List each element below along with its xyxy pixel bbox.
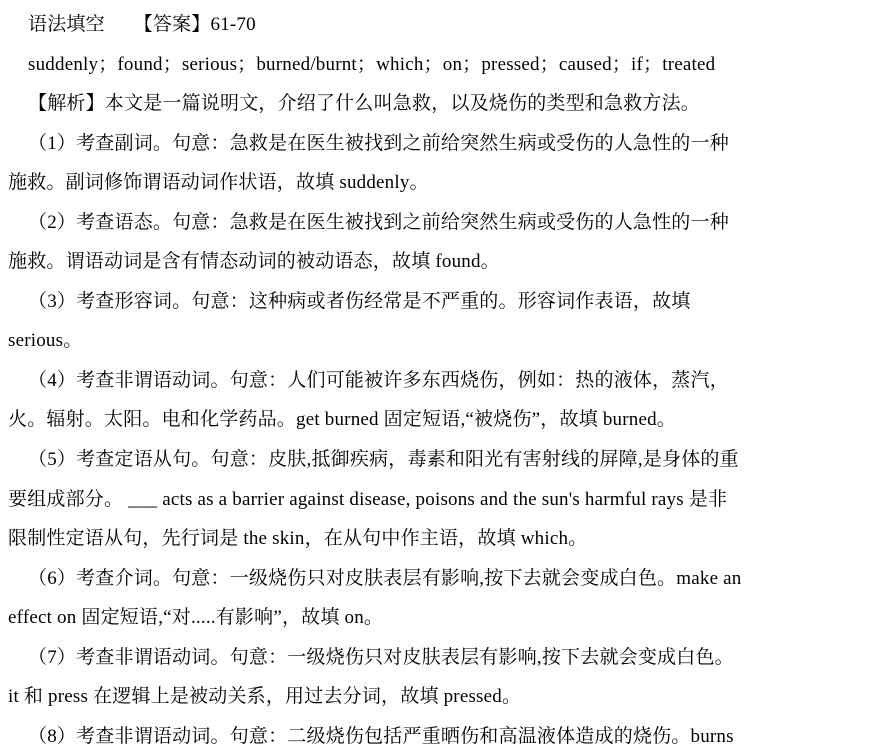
text-line: （7）考查非谓语动词。句意：一级烧伤只对皮肤表层有影响,按下去就会变成白色。: [8, 638, 863, 678]
text-line: （1）考查副词。句意：急救是在医生被找到之前给突然生病或受伤的人急性的一种: [8, 124, 863, 164]
text-line: （8）考查非谓语动词。句意：二级烧伤包括严重晒伤和高温液体造成的烧伤。burns: [8, 717, 863, 750]
text-line: （6）考查介词。句意：一级烧伤只对皮肤表层有影响,按下去就会变成白色。make …: [8, 559, 863, 599]
text-line: 限制性定语从句，先行词是 the skin，在从句中作主语，故填 which。: [8, 519, 863, 559]
text-line: （5）考查定语从句。句意：皮肤,抵御疾病，毒素和阳光有害射线的屏障,是身体的重: [8, 440, 863, 480]
text-line: 火。辐射。太阳。电和化学药品。get burned 固定短语,“被烧伤”，故填 …: [8, 400, 863, 440]
text-line: 【解析】本文是一篇说明文，介绍了什么叫急救，以及烧伤的类型和急救方法。: [8, 84, 863, 124]
text-line: 要组成部分。 ___ acts as a barrier against dis…: [8, 480, 863, 520]
text-line: （3）考查形容词。句意：这种病或者伤经常是不严重的。形容词作表语，故填: [8, 282, 863, 322]
document-body: 语法填空 【答案】61-70suddenly；found；serious；bur…: [8, 5, 863, 750]
text-line: 施救。谓语动词是含有情态动词的被动语态，故填 found。: [8, 242, 863, 282]
text-line: 施救。副词修饰谓语动词作状语，故填 suddenly。: [8, 163, 863, 203]
text-line: serious。: [8, 321, 863, 361]
document-page: 语法填空 【答案】61-70suddenly；found；serious；bur…: [0, 0, 881, 750]
text-line: effect on 固定短语,“对.....有影响”，故填 on。: [8, 598, 863, 638]
text-line: （4）考查非谓语动词。句意：人们可能被许多东西烧伤，例如：热的液体，蒸汽，: [8, 361, 863, 401]
text-line: suddenly；found；serious；burned/burnt；whic…: [8, 45, 863, 85]
text-line: 语法填空 【答案】61-70: [8, 5, 863, 45]
text-line: it 和 press 在逻辑上是被动关系，用过去分词，故填 pressed。: [8, 677, 863, 717]
text-line: （2）考查语态。句意：急救是在医生被找到之前给突然生病或受伤的人急性的一种: [8, 203, 863, 243]
